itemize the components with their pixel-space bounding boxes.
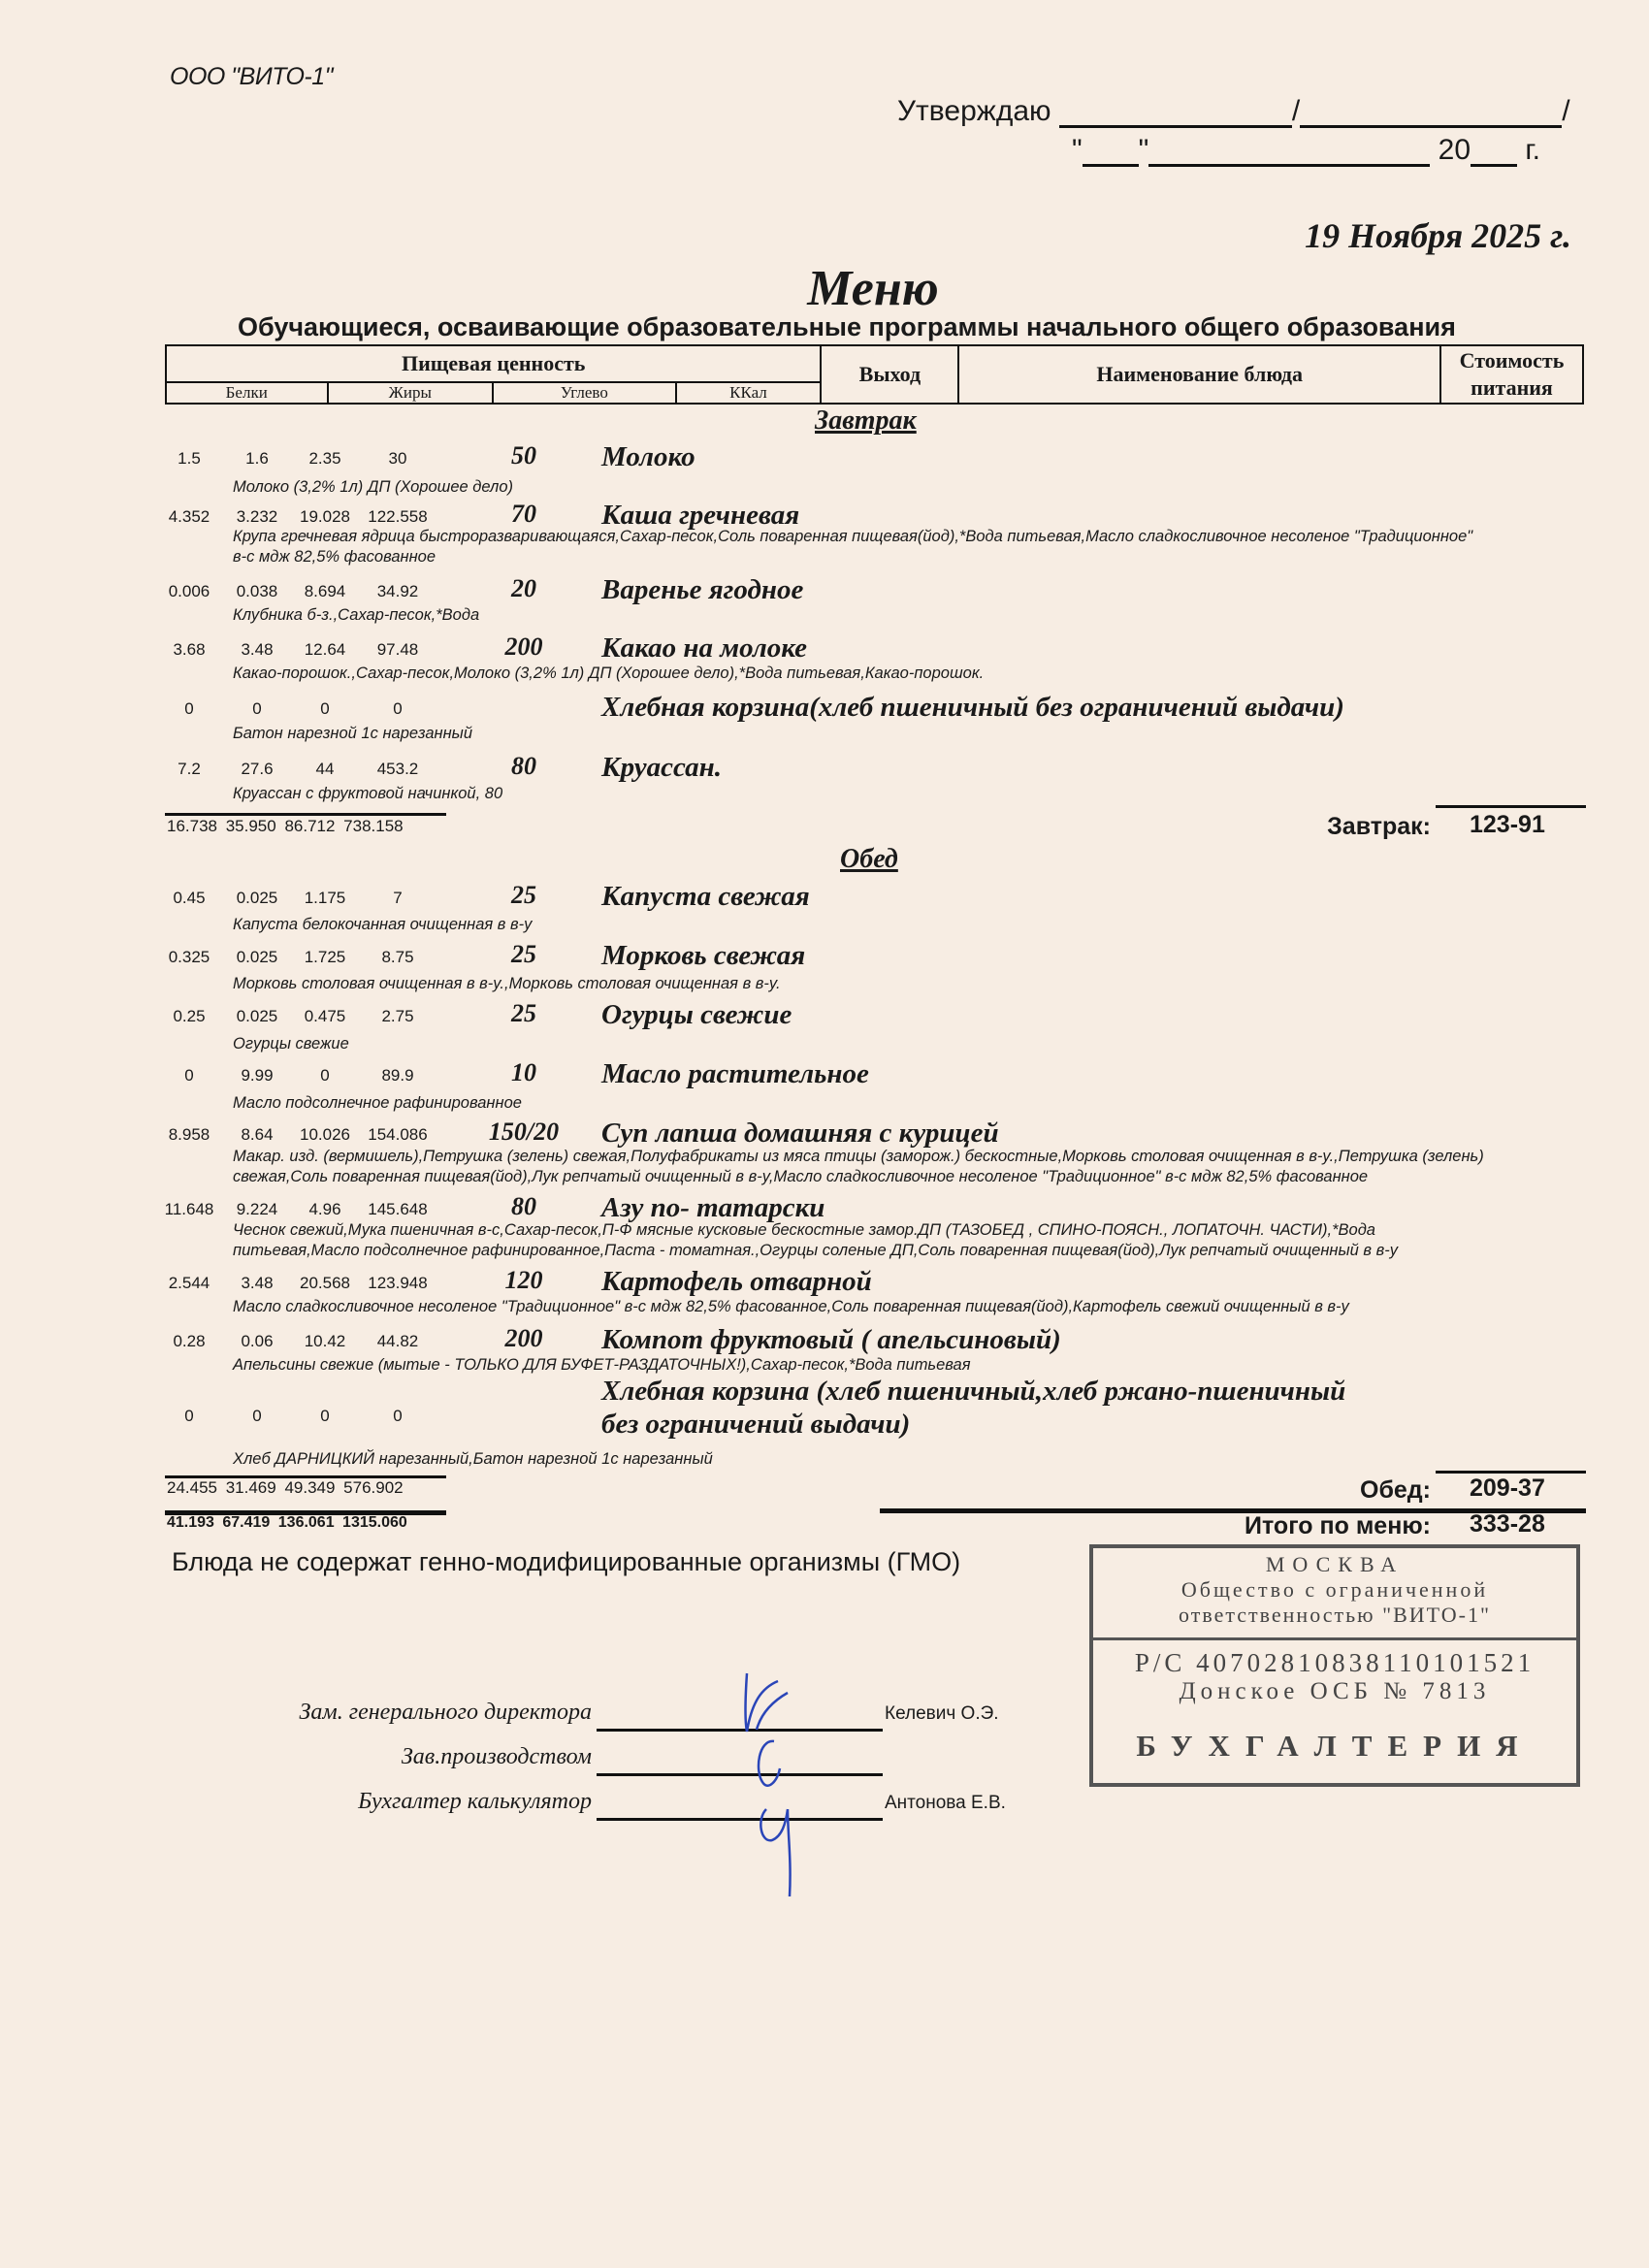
dish-ingredients: Крупа гречневая ядрица быстроразваривающ… [233, 527, 1484, 567]
nutrition-kcal: 145.648 [364, 1200, 432, 1219]
dish-ingredients: Морковь столовая очищенная в в-у.,Морков… [233, 974, 1484, 994]
nutrition-fat: 0.06 [223, 1332, 291, 1351]
handwritten-signature-icon [718, 1664, 834, 1901]
nutrition-fat: 0.025 [223, 889, 291, 908]
nutrition-fat: 0 [223, 699, 291, 719]
year-line [1471, 135, 1517, 167]
divider [1436, 1471, 1586, 1474]
approver-name-line [1300, 96, 1562, 128]
dish-name: Компот фруктовый ( апельсиновый) [601, 1324, 1061, 1356]
nutrition-protein: 8.958 [155, 1125, 223, 1145]
nutrition-kcal: 2.75 [364, 1007, 432, 1026]
quote: " [1072, 134, 1083, 166]
nutrition-protein: 4.352 [155, 507, 223, 527]
nutrition-fat: 9.99 [223, 1066, 291, 1085]
portion-output: 200 [475, 632, 572, 662]
nutrition-fat: 0 [223, 1407, 291, 1426]
nutrition-fat: 27.6 [223, 760, 291, 779]
nutrition-header: Пищевая ценность [166, 345, 821, 382]
carbs-header: Углево [493, 382, 675, 404]
dish-ingredients: Хлеб ДАРНИЦКИЙ нарезанный,Батон нарезной… [233, 1449, 1484, 1470]
lunch-totals: 24.455 31.469 49.349 576.902 [167, 1478, 404, 1498]
stamp-divider [1093, 1637, 1576, 1640]
dish-ingredients: Молоко (3,2% 1л) ДП (Хорошее дело) [233, 477, 1484, 498]
day-line [1083, 135, 1139, 167]
signature-name: Келевич О.Э. [885, 1703, 999, 1725]
dish-ingredients: Батон нарезной 1с нарезанный [233, 724, 1484, 744]
cost-header-line1: Стоимость [1460, 348, 1565, 373]
stamp-city: МОСКВА [1093, 1552, 1576, 1577]
section-title-breakfast: Завтрак [815, 405, 917, 437]
nutrition-protein: 3.68 [155, 640, 223, 660]
breakfast-sum-label: Завтрак: [1261, 813, 1431, 841]
nutrition-carbs: 0 [291, 1407, 359, 1426]
dish-name: без ограничений выдачи) [601, 1409, 910, 1441]
page-subtitle: Обучающиеся, осваивающие образовательные… [238, 312, 1456, 342]
nutrition-carbs: 44 [291, 760, 359, 779]
portion-output: 200 [475, 1324, 572, 1353]
nutrition-protein: 0.25 [155, 1007, 223, 1026]
dish-ingredients: Огурцы свежие [233, 1034, 1484, 1054]
nutrition-kcal: 8.75 [364, 948, 432, 967]
nutrition-carbs: 12.64 [291, 640, 359, 660]
page-title: Меню [0, 260, 1649, 317]
nutrition-carbs: 19.028 [291, 507, 359, 527]
lunch-sum-label: Обед: [1261, 1476, 1431, 1505]
signature-role: Зав.производством [165, 1744, 592, 1770]
nutrition-carbs: 10.42 [291, 1332, 359, 1351]
portion-output: 20 [475, 574, 572, 603]
nutrition-carbs: 4.96 [291, 1200, 359, 1219]
signature-role: Зам. генерального директора [165, 1700, 592, 1726]
nutrition-kcal: 122.558 [364, 507, 432, 527]
dish-name: Варенье ягодное [601, 574, 803, 606]
stamp-bank: Донское ОСБ № 7813 [1093, 1678, 1576, 1705]
dish-name: Какао на молоке [601, 632, 807, 664]
portion-output: 25 [475, 940, 572, 969]
nutrition-protein: 0.325 [155, 948, 223, 967]
dish-ingredients: Капуста белокочанная очищенная в в-у [233, 915, 1484, 935]
portion-output: 80 [475, 1192, 572, 1221]
document-date: 19 Ноября 2025 г. [1305, 215, 1571, 256]
nutrition-carbs: 1.725 [291, 948, 359, 967]
breakfast-totals: 16.738 35.950 86.712 738.158 [167, 817, 404, 836]
nutrition-fat: 3.232 [223, 507, 291, 527]
dish-name: Суп лапша домашняя с курицей [601, 1118, 999, 1150]
protein-header: Белки [166, 382, 328, 404]
nutrition-protein: 7.2 [155, 760, 223, 779]
dish-name: Хлебная корзина(хлеб пшеничный без огран… [601, 692, 1344, 724]
stamp-account: Р/С 40702810838110101521 [1093, 1648, 1576, 1678]
nutrition-carbs: 0 [291, 1066, 359, 1085]
nutrition-kcal: 453.2 [364, 760, 432, 779]
dish-ingredients: Макар. изд. (вермишель),Петрушка (зелень… [233, 1147, 1484, 1187]
fat-header: Жиры [328, 382, 494, 404]
dish-ingredients: Апельсины свежие (мытые - ТОЛЬКО ДЛЯ БУФ… [233, 1355, 1484, 1376]
nutrition-fat: 0.025 [223, 948, 291, 967]
signature-name: Антонова Е.В. [885, 1793, 1006, 1814]
nutrition-kcal: 89.9 [364, 1066, 432, 1085]
company-name: ООО "ВИТО-1" [170, 63, 333, 91]
nutrition-protein: 0.45 [155, 889, 223, 908]
dish-ingredients: Какао-порошок.,Сахар-песок,Молоко (3,2% … [233, 664, 1484, 684]
nutrition-kcal: 0 [364, 699, 432, 719]
lunch-sum-value: 209-37 [1470, 1474, 1545, 1503]
gmo-note: Блюда не содержат генно-модифицированные… [172, 1547, 960, 1577]
nutrition-kcal: 97.48 [364, 640, 432, 660]
stamp-department: БУХГАЛТЕРИЯ [1093, 1729, 1576, 1764]
approval-block: Утверждаю // [897, 95, 1570, 128]
nutrition-fat: 0.038 [223, 582, 291, 601]
nutrition-protein: 0 [155, 699, 223, 719]
dish-ingredients: Клубника б-з.,Сахар-песок,*Вода [233, 605, 1484, 626]
nutrition-kcal: 44.82 [364, 1332, 432, 1351]
dish-name: Масло растительное [601, 1058, 869, 1090]
dish-ingredients: Масло сладкосливочное несоленое "Традици… [233, 1297, 1484, 1317]
portion-output: 120 [475, 1266, 572, 1295]
portion-output: 70 [475, 500, 572, 529]
nutrition-carbs: 20.568 [291, 1274, 359, 1293]
nutrition-carbs: 2.35 [291, 449, 359, 469]
stamp-org-line2: ответственностью "ВИТО-1" [1093, 1603, 1576, 1628]
nutrition-kcal: 123.948 [364, 1274, 432, 1293]
grand-total-value: 333-28 [1470, 1510, 1545, 1539]
dish-name: Молоко [601, 441, 695, 473]
dish-name: Капуста свежая [601, 881, 810, 913]
dish-name: Картофель отварной [601, 1266, 872, 1298]
year-suffix: г. [1525, 134, 1540, 166]
nutrition-fat: 8.64 [223, 1125, 291, 1145]
section-title-lunch: Обед [840, 844, 898, 875]
nutrition-protein: 0 [155, 1407, 223, 1426]
dish-name: Круассан. [601, 752, 722, 784]
dish-name: Морковь свежая [601, 940, 805, 972]
nutrition-protein: 2.544 [155, 1274, 223, 1293]
cost-header-line2: питания [1471, 375, 1553, 400]
nutrition-fat: 3.48 [223, 640, 291, 660]
nutrition-fat: 9.224 [223, 1200, 291, 1219]
cost-header: Стоимость питания [1440, 345, 1583, 404]
approve-label: Утверждаю [897, 95, 1051, 127]
dish-ingredients: Масло подсолнечное рафинированное [233, 1093, 1484, 1114]
nutrition-kcal: 30 [364, 449, 432, 469]
nutrition-carbs: 0 [291, 699, 359, 719]
nutrition-carbs: 0.475 [291, 1007, 359, 1026]
nutrition-protein: 0.28 [155, 1332, 223, 1351]
nutrition-kcal: 0 [364, 1407, 432, 1426]
dish-ingredients: Круассан с фруктовой начинкой, 80 [233, 784, 1484, 804]
output-header: Выход [821, 345, 958, 404]
nutrition-kcal: 7 [364, 889, 432, 908]
approver-signature-line [1059, 96, 1292, 128]
signature-role: Бухгалтер калькулятор [165, 1789, 592, 1815]
portion-output: 150/20 [475, 1118, 572, 1147]
stamp-org-line1: Общество с ограниченной [1093, 1577, 1576, 1603]
dish-name: Хлебная корзина (хлеб пшеничный,хлеб ржа… [601, 1376, 1345, 1408]
menu-table-header: Пищевая ценность Выход Наименование блюд… [165, 344, 1584, 405]
organization-stamp: МОСКВА Общество с ограниченной ответстве… [1089, 1544, 1580, 1787]
portion-output: 10 [475, 1058, 572, 1087]
nutrition-carbs: 1.175 [291, 889, 359, 908]
nutrition-fat: 0.025 [223, 1007, 291, 1026]
nutrition-protein: 1.5 [155, 449, 223, 469]
portion-output: 50 [475, 441, 572, 470]
portion-output: 80 [475, 752, 572, 781]
nutrition-carbs: 10.026 [291, 1125, 359, 1145]
nutrition-protein: 11.648 [155, 1200, 223, 1219]
grand-total-label: Итого по меню: [1164, 1512, 1431, 1540]
breakfast-sum-value: 123-91 [1470, 811, 1545, 839]
month-line [1148, 135, 1430, 167]
nutrition-protein: 0.006 [155, 582, 223, 601]
kcal-header: ККал [676, 382, 822, 404]
approval-date-line: "" 20 г. [1072, 134, 1540, 167]
nutrition-protein: 0 [155, 1066, 223, 1085]
dish-name-header: Наименование блюда [958, 345, 1440, 404]
dish-ingredients: Чеснок свежий,Мука пшеничная в-с,Сахар-п… [233, 1220, 1484, 1261]
portion-output: 25 [475, 881, 572, 910]
divider [165, 813, 446, 816]
dish-name: Огурцы свежие [601, 999, 792, 1031]
grand-totals: 41.193 67.419 136.061 1315.060 [167, 1514, 407, 1532]
year-prefix: 20 [1439, 134, 1471, 166]
portion-output: 25 [475, 999, 572, 1028]
nutrition-kcal: 34.92 [364, 582, 432, 601]
quote: " [1139, 134, 1149, 166]
nutrition-fat: 3.48 [223, 1274, 291, 1293]
divider [1436, 805, 1586, 808]
nutrition-kcal: 154.086 [364, 1125, 432, 1145]
nutrition-fat: 1.6 [223, 449, 291, 469]
nutrition-carbs: 8.694 [291, 582, 359, 601]
